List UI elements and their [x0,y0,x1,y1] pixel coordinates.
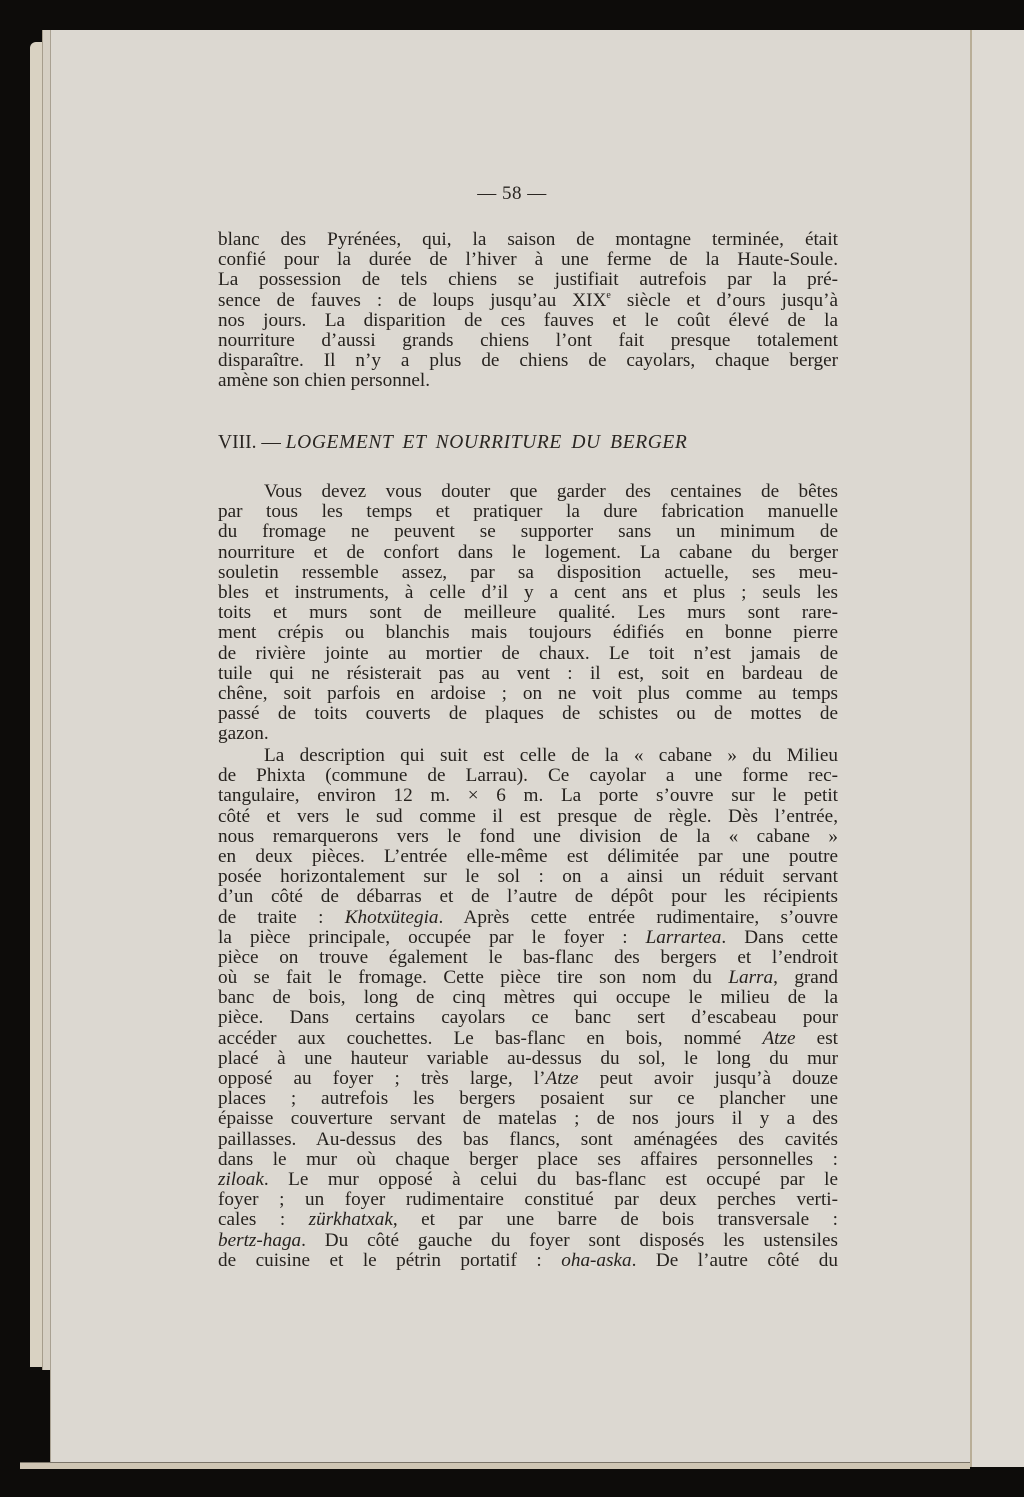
text-line: de traite : Khotxütegia. Après cette ent… [218,908,838,928]
text-line: d’un côté de débarras et de l’autre de d… [218,887,838,907]
text-line: souletin ressemble assez, par sa disposi… [218,563,838,583]
text-run: épaisse couverture servant de matelas ; … [218,1108,838,1129]
text-line: posée horizontalement sur le sol : on a … [218,867,838,887]
text-run: paillasses. Au-dessus des bas flancs, so… [218,1129,838,1150]
text-run: foyer ; un foyer rudimentaire constitué … [218,1189,838,1210]
text-run: de Phixta (commune de Larrau). Ce cayola… [218,765,838,786]
text-run: . Après cette entrée rudimentaire, s’ouv… [439,907,838,928]
text-run: cales : [218,1209,309,1230]
text-run: est [796,1028,839,1049]
text-run: . Le mur opposé à celui du bas-flanc est… [264,1169,838,1190]
text-line: de rivière jointe au mortier de chaux. L… [218,644,838,664]
text-run: côté et vers le sud comme il est presque… [218,806,838,827]
text-run: pièce. Dans certains cayolars ce banc se… [218,1007,838,1028]
text-line: ziloak. Le mur opposé à celui du bas-fla… [218,1170,838,1190]
text-line: pièce. Dans certains cayolars ce banc se… [218,1008,838,1028]
text-line: par tous les temps et pratiquer la dure … [218,502,838,522]
paragraph-2: La description qui suit est celle de la … [218,746,838,1271]
text-line: la pièce principale, occupée par le foye… [218,928,838,948]
text-line: passé de toits couverts de plaques de sc… [218,704,838,724]
basque-term: Atze [546,1068,579,1089]
basque-term: oha-aska [561,1250,631,1271]
text-line: opposé au foyer ; très large, l’Atze peu… [218,1069,838,1089]
text-line: de cuisine et le pétrin portatif : oha-a… [218,1251,838,1271]
text-line: nos jours. La disparition de ces fauves … [218,311,838,331]
text-line: en deux pièces. L’entrée elle-même est d… [218,847,838,867]
text-line: blanc des Pyrénées, qui, la saison de mo… [218,230,838,250]
text-line: gazon. [218,724,838,744]
basque-term: zürkhatxak [309,1209,393,1230]
text-line: ment crépis ou blanchis mais toujours éd… [218,623,838,643]
text-line: de Phixta (commune de Larrau). Ce cayola… [218,766,838,786]
text-run: opposé au foyer ; très large, l’ [218,1068,546,1089]
section-title: LOGEMENT ET NOURRITURE DU BERGER [286,432,688,453]
text-run: accéder aux couchettes. Le bas-flanc en … [218,1028,762,1049]
text-run: nous remarquerons vers le fond une divis… [218,826,838,847]
text-line: banc de bois, long de cinq mètres qui oc… [218,988,838,1008]
text-line: du fromage ne peuvent se supporter sans … [218,522,838,542]
text-line: sence de fauves : de loups jusqu’au XIXe… [218,291,838,311]
text-line: nous remarquerons vers le fond une divis… [218,827,838,847]
text-line: épaisse couverture servant de matelas ; … [218,1109,838,1129]
section-heading: VIII. — LOGEMENT ET NOURRITURE DU BERGER [218,432,687,454]
text-line: Vous devez vous douter que garder des ce… [218,482,838,502]
paragraph-1: Vous devez vous douter que garder des ce… [218,482,838,744]
text-run: . De l’autre côté du [632,1250,838,1271]
text-line: chêne, soit parfois en ardoise ; on ne v… [218,684,838,704]
text-line: paillasses. Au-dessus des bas flancs, so… [218,1130,838,1150]
text-run: . Du côté gauche du foyer sont disposés … [301,1230,838,1251]
text-line: bertz-haga. Du côté gauche du foyer sont… [218,1231,838,1251]
intro-paragraph: blanc des Pyrénées, qui, la saison de mo… [218,230,838,392]
text-run: peut avoir jusqu’à douze [579,1068,838,1089]
page-stack-bottom-edge [20,1462,970,1469]
basque-term: ziloak [218,1169,264,1190]
basque-term: Larra [728,967,773,988]
text-line: confié pour la durée de l’hiver à une fe… [218,250,838,270]
page-number: — 58 — [0,183,1024,205]
text-run: dans le mur où chaque berger place ses a… [218,1149,838,1170]
text-run: banc de bois, long de cinq mètres qui oc… [218,987,838,1008]
text-run: placé à une hauteur variable au-dessus d… [218,1048,838,1069]
text-line: pièce on trouve également le bas-flanc d… [218,948,838,968]
text-line: tangulaire, environ 12 m. × 6 m. La port… [218,786,838,806]
text-line: places ; autrefois les bergers posaient … [218,1089,838,1109]
text-run: d’un côté de débarras et de l’autre de d… [218,886,838,907]
text-line: foyer ; un foyer rudimentaire constitué … [218,1190,838,1210]
text-line: toits et murs sont de meilleure qualité.… [218,603,838,623]
facing-page-gutter [970,30,1024,1467]
text-line: nourriture et de confort dans le logemen… [218,543,838,563]
text-run: pièce on trouve également le bas-flanc d… [218,947,838,968]
text-run: posée horizontalement sur le sol : on a … [218,866,838,887]
text-line: dans le mur où chaque berger place ses a… [218,1150,838,1170]
text-line: cales : zürkhatxak, et par une barre de … [218,1210,838,1230]
text-line: amène son chien personnel. [218,371,838,391]
text-line: La possession de tels chiens se justifia… [218,270,838,290]
text-line: accéder aux couchettes. Le bas-flanc en … [218,1029,838,1049]
basque-term: Atze [762,1028,795,1049]
basque-term: Larrartea [646,927,722,948]
text-line: nourriture d’aussi grands chiens l’ont f… [218,331,838,351]
text-line: disparaître. Il n’y a plus de chiens de … [218,351,838,371]
text-line: côté et vers le sud comme il est presque… [218,807,838,827]
text-run: de cuisine et le pétrin portatif : [218,1250,561,1271]
text-line: placé à une hauteur variable au-dessus d… [218,1049,838,1069]
text-line: où se fait le fromage. Cette pièce tire … [218,968,838,988]
text-run: la pièce principale, occupée par le foye… [218,927,646,948]
text-line: bles et instruments, à celle d’il y a ce… [218,583,838,603]
text-line: tuile qui ne résisterait pas au vent : i… [218,664,838,684]
text-run: tangulaire, environ 12 m. × 6 m. La port… [218,785,838,806]
text-run: La description qui suit est celle de la … [264,745,838,766]
text-run: , grand [773,967,838,988]
basque-term: bertz-haga [218,1230,301,1251]
text-run: où se fait le fromage. Cette pièce tire … [218,967,728,988]
text-line: La description qui suit est celle de la … [218,746,838,766]
text-run: en deux pièces. L’entrée elle-même est d… [218,846,838,867]
text-run: . Dans cette [721,927,838,948]
text-run: places ; autrefois les bergers posaient … [218,1088,838,1109]
text-run: de traite : [218,907,345,928]
text-run: , et par une barre de bois transversale … [393,1209,838,1230]
section-numeral: VIII. — [218,432,286,453]
basque-term: Khotxütegia [345,907,439,928]
